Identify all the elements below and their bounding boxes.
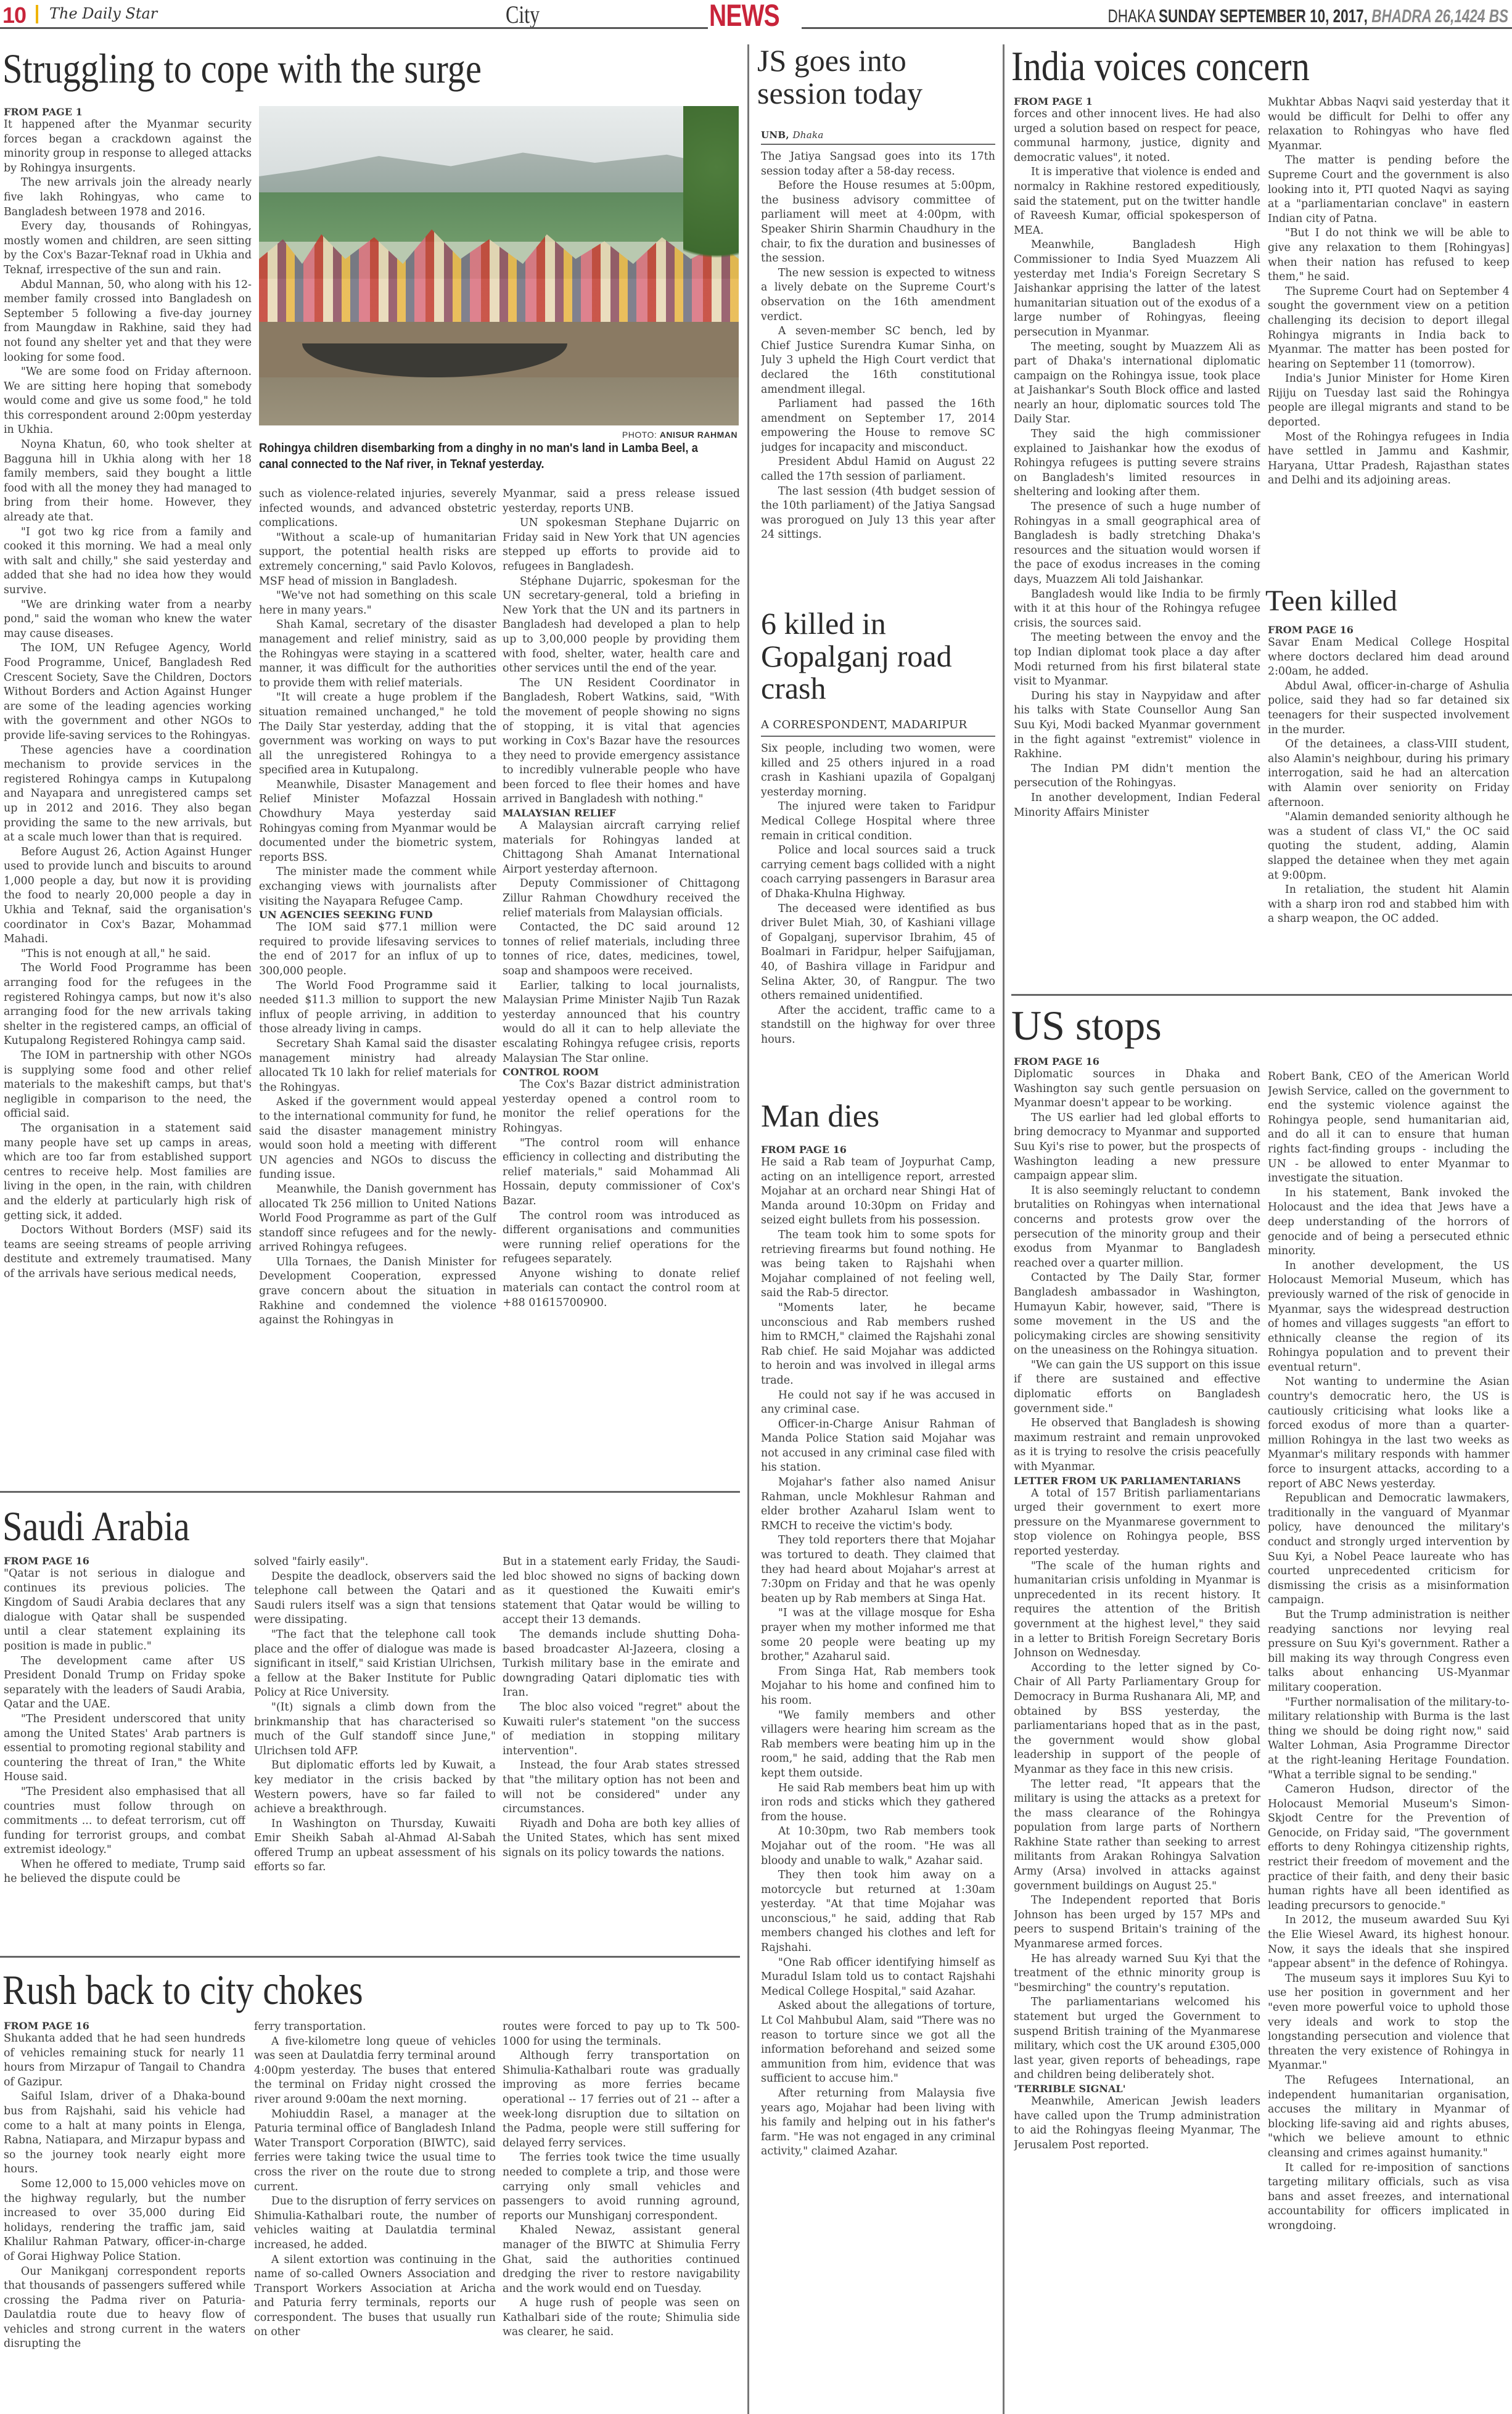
paragraph: Some 12,000 to 15,000 vehicles move on t… [4, 2177, 245, 2265]
paragraph: Bangladesh would like India to be firmly… [1014, 588, 1260, 631]
headline-road-crash: 6 killed in Gopalganj road crash [761, 607, 995, 705]
paragraph: In his statement, Bank invoked the Holoc… [1268, 1186, 1510, 1259]
subhead: UN AGENCIES SEEKING FUND [259, 909, 496, 921]
article-india-col2: Mukhtar Abbas Naqvi said yesterday that … [1268, 96, 1510, 552]
paragraph: Earlier, talking to local journalists, M… [503, 979, 740, 1067]
headline-us-stops: US stops [1011, 1004, 1162, 1048]
section-divider [0, 1956, 740, 1958]
paragraph: It is imperative that violence is ended … [1014, 165, 1260, 238]
paragraph: Abdul Awal, officer-in-charge of Ashulia… [1268, 679, 1510, 737]
paragraph: The matter is pending before the Supreme… [1268, 154, 1510, 226]
paragraph: "Without a scale-up of humanitarian supp… [259, 531, 496, 589]
paragraph: Doctors Without Borders (MSF) said its t… [4, 1223, 252, 1281]
paragraph: The injured were taken to Faridpur Medic… [761, 800, 995, 844]
paragraph: The minister made the comment while exch… [259, 865, 496, 909]
paragraph: The last session (4th budget session of … [761, 485, 995, 543]
paragraph: Asked if the government would appeal to … [259, 1095, 496, 1183]
paragraph: "Alamin demanded seniority although he w… [1268, 810, 1510, 883]
paragraph: In 2012, the museum awarded Suu Kyi the … [1268, 1913, 1510, 1971]
kicker: FROM PAGE 16 [4, 2020, 245, 2032]
section-label: City [506, 0, 540, 29]
paragraph: A huge rush of people was seen on Kathal… [503, 2296, 740, 2340]
paragraph: The IOM in partnership with other NGOs i… [4, 1049, 252, 1122]
paragraph: They told reporters there that Mojahar w… [761, 1533, 995, 1606]
paragraph: The IOM, UN Refugee Agency, World Food P… [4, 641, 252, 743]
paragraph: The Indian PM didn't mention the persecu… [1014, 762, 1260, 791]
paragraph: The US earlier had led global efforts to… [1014, 1111, 1260, 1184]
dateline: DHAKA SUNDAY SEPTEMBER 10, 2017, BHADRA … [1108, 6, 1508, 27]
paragraph: The Cox's Bazar district administration … [503, 1078, 740, 1136]
paragraph: They then took him away on a motorcycle … [761, 1868, 995, 1956]
kicker: FROM PAGE 1 [4, 106, 252, 118]
masthead-rule-right [802, 27, 1512, 29]
paragraph: The parliamentarians welcomed his statem… [1014, 1995, 1260, 2083]
paragraph: After the accident, traffic came to a st… [761, 1004, 995, 1048]
paragraph: Meanwhile, the Danish government has all… [259, 1183, 496, 1255]
paragraph: Contacted by The Daily Star, former Bang… [1014, 1271, 1260, 1358]
paragraph: Contacted, the DC said around 12 tonnes … [503, 921, 740, 979]
paragraph: "But I do not think we will be able to g… [1268, 226, 1510, 284]
paragraph: The control room was introduced as diffe… [503, 1209, 740, 1267]
headline-teen-killed: Teen killed [1265, 586, 1397, 617]
paragraph: "I got two kg rice from a family and coo… [4, 525, 252, 598]
paragraph: "Qatar is not serious in dialogue and co… [4, 1567, 245, 1654]
headline-rush-back: Rush back to city chokes [2, 1968, 363, 2012]
kicker: FROM PAGE 16 [1014, 1056, 1260, 1067]
paragraph: "The President also emphasised that all … [4, 1785, 245, 1858]
article-surge-col3: Myanmar, said a press release issued yes… [503, 487, 740, 1468]
paragraph: Six people, including two women, were ki… [761, 742, 995, 800]
paragraph: "I was at the village mosque for Esha pr… [761, 1606, 995, 1664]
paragraph: A seven-member SC bench, led by Chief Ju… [761, 324, 995, 397]
paragraph: In another development, Indian Federal M… [1014, 791, 1260, 820]
column-divider [747, 44, 749, 2414]
paragraph: solved "fairly easily". [254, 1555, 496, 1570]
paragraph: "Further normalisation of the military-t… [1268, 1696, 1510, 1783]
paragraph: The Supreme Court had on September 4 sou… [1268, 285, 1510, 372]
newspaper-logo: The Daily Star [49, 5, 157, 22]
paragraph: But in a statement early Friday, the Sau… [503, 1555, 740, 1628]
paragraph: The IOM said $77.1 million were required… [259, 921, 496, 979]
paragraph: It called for re-imposition of sanctions… [1268, 2161, 1510, 2234]
kicker: FROM PAGE 16 [761, 1144, 995, 1156]
paragraph: The presence of such a huge number of Ro… [1014, 500, 1260, 588]
paragraph: The team took him to some spots for retr… [761, 1228, 995, 1301]
paragraph: In Washington on Thursday, Kuwaiti Emir … [254, 1817, 496, 1875]
paragraph: Most of the Rohingya refugees in India h… [1268, 430, 1510, 488]
paragraph: The World Food Programme has been arrang… [4, 961, 252, 1049]
paragraph: Mukhtar Abbas Naqvi said yesterday that … [1268, 96, 1510, 154]
headline-js-session: JS goes into session today [757, 44, 992, 109]
headline-india: India voices concern [1011, 44, 1310, 88]
paragraph: A total of 157 British parliamentarians … [1014, 1487, 1260, 1559]
kicker: FROM PAGE 16 [4, 1555, 245, 1567]
paragraph: Myanmar, said a press release issued yes… [503, 487, 740, 516]
paragraph: Secretary Shah Kamal said the disaster m… [259, 1037, 496, 1095]
subhead: MALAYSIAN RELIEF [503, 807, 740, 819]
section-divider [1011, 994, 1512, 996]
paragraph: But the Trump administration is neither … [1268, 1608, 1510, 1696]
paragraph: "(It) signals a climb down from the brin… [254, 1701, 496, 1759]
paragraph: The meeting, sought by Muazzem Ali as pa… [1014, 340, 1260, 428]
paragraph: Mojahar's father also named Anisur Rahma… [761, 1476, 995, 1533]
paragraph: Ulla Tornaes, the Danish Minister for De… [259, 1255, 496, 1328]
paragraph: From Singa Hat, Rab members took Mojahar… [761, 1665, 995, 1709]
article-man-dies-body: FROM PAGE 16 He said a Rab team of Joypu… [761, 1144, 995, 2411]
headline-man-dies: Man dies [761, 1100, 879, 1134]
paragraph: He has already warned Suu Kyi that the t… [1014, 1952, 1260, 1996]
byline-rule [761, 144, 995, 145]
paragraph: "We are some food on Friday afternoon. W… [4, 365, 252, 438]
article-rush-col1: FROM PAGE 16 Shukanta added that he had … [4, 2020, 245, 2414]
paragraph: Shah Kamal, secretary of the disaster ma… [259, 618, 496, 691]
paragraph: "One Rab officer identifying himself as … [761, 1956, 995, 2000]
paragraph: Every day, thousands of Rohingyas, mostl… [4, 220, 252, 277]
paragraph: At 10:30pm, two Rab members took Mojahar… [761, 1825, 995, 1868]
paragraph: "The scale of the human rights and human… [1014, 1559, 1260, 1661]
paragraph: The demands include shutting Doha-based … [503, 1628, 740, 1701]
paragraph: "We can gain the US support on this issu… [1014, 1358, 1260, 1416]
paragraph: The Refugees International, an independe… [1268, 2074, 1510, 2161]
paragraph: Khaled Newaz, assistant general manager … [503, 2223, 740, 2296]
article-teen-killed-body: FROM PAGE 16 Savar Enam Medical College … [1268, 624, 1510, 969]
masthead: 10 The Daily Star City NEWS DHAKA SUNDAY… [0, 0, 1512, 30]
paragraph: "The control room will enhance efficienc… [503, 1136, 740, 1209]
paragraph: Meanwhile, American Jewish leaders have … [1014, 2095, 1260, 2153]
paragraph: The Independent reported that Boris John… [1014, 1894, 1260, 1952]
paragraph: Due to the disruption of ferry services … [254, 2194, 496, 2252]
paragraph: A Malaysian aircraft carrying relief mat… [503, 819, 740, 877]
paragraph: Instead, the four Arab states stressed t… [503, 1759, 740, 1817]
paragraph: Riyadh and Doha are both key allies of t… [503, 1817, 740, 1861]
paragraph: The meeting between the envoy and the to… [1014, 631, 1260, 689]
category-label: NEWS [709, 0, 779, 33]
article-india-col1: FROM PAGE 1 forces and other innocent li… [1014, 96, 1260, 971]
paragraph: "This is not enough at all," he said. [4, 947, 252, 962]
article-surge-col2: such as violence-related injuries, sever… [259, 487, 496, 1468]
paragraph: Although ferry transportation on Shimuli… [503, 2049, 740, 2151]
paragraph: Shukanta added that he had seen hundreds… [4, 2032, 245, 2090]
paragraph: "We are drinking water from a nearby pon… [4, 598, 252, 642]
paragraph: The letter read, "It appears that the mi… [1014, 1778, 1260, 1894]
paragraph: Before August 26, Action Against Hunger … [4, 845, 252, 947]
paragraph: The ferries took twice the time usually … [503, 2151, 740, 2223]
article-us-stops-col2: Robert Bank, CEO of the American World J… [1268, 1070, 1510, 2413]
paragraph: Officer-in-Charge Anisur Rahman of Manda… [761, 1418, 995, 1476]
paragraph: Stéphane Dujarric, spokesman for the UN … [503, 575, 740, 676]
paragraph: Anyone wishing to donate relief material… [503, 1267, 740, 1311]
masthead-rule-left [0, 27, 708, 29]
section-divider [0, 1491, 740, 1493]
page-number-divider [36, 5, 38, 23]
subhead: 'TERRIBLE SIGNAL' [1014, 2083, 1260, 2095]
subhead: CONTROL ROOM [503, 1066, 740, 1078]
headline-surge: Struggling to cope with the surge [2, 47, 482, 91]
paragraph: The UN Resident Coordinator in Banglades… [503, 676, 740, 807]
photo-caption: Rohingya children disembarking from a di… [259, 440, 701, 472]
paragraph: Noyna Khatun, 60, who took shelter at Ba… [4, 438, 252, 525]
paragraph: In another development, the US Holocaust… [1268, 1259, 1510, 1376]
paragraph: The development came after US President … [4, 1654, 245, 1712]
paragraph: A silent extortion was continuing in the… [254, 2253, 496, 2341]
page-number: 10 [2, 2, 26, 28]
paragraph: Meanwhile, Bangladesh High Commissioner … [1014, 238, 1260, 340]
article-saudi-col1: FROM PAGE 16 "Qatar is not serious in di… [4, 1555, 245, 1950]
paragraph: forces and other innocent lives. He had … [1014, 107, 1260, 165]
article-rush-col2: ferry transportation.A five-kilometre lo… [254, 2020, 496, 2414]
paragraph: "The President underscored that unity am… [4, 1712, 245, 1785]
paragraph: President Abdul Hamid on August 22 calle… [761, 455, 995, 484]
subhead: LETTER FROM UK PARLIAMENTARIANS [1014, 1475, 1260, 1487]
article-surge-col1: FROM PAGE 1 It happened after the Myanma… [4, 106, 252, 1466]
kicker: FROM PAGE 1 [1014, 96, 1260, 107]
paragraph: Abdul Mannan, 50, who along with his 12-… [4, 278, 252, 366]
paragraph: Deputy Commissioner of Chittagong Zillur… [503, 877, 740, 921]
photo-credit: PHOTO: ANISUR RAHMAN [536, 430, 738, 440]
paragraph: After returning from Malaysia five years… [761, 2087, 995, 2159]
article-saudi-col2: solved "fairly easily".Despite the deadl… [254, 1555, 496, 1950]
paragraph: He observed that Bangladesh is showing m… [1014, 1416, 1260, 1474]
paragraph: The bloc also voiced "regret" about the … [503, 1701, 740, 1759]
paragraph: He said a Rab team of Joypurhat Camp, ac… [761, 1156, 995, 1228]
paragraph: Republican and Democratic lawmakers, tra… [1268, 1492, 1510, 1608]
paragraph: The Jatiya Sangsad goes into its 17th se… [761, 150, 995, 179]
article-js-session-body: The Jatiya Sangsad goes into its 17th se… [761, 150, 995, 594]
paragraph: "It will create a huge problem if the si… [259, 691, 496, 778]
kicker: FROM PAGE 16 [1268, 624, 1510, 636]
paragraph: The new session is expected to witness a… [761, 266, 995, 324]
paragraph: The museum says it implores Suu Kyi to u… [1268, 1972, 1510, 2074]
paragraph: Our Manikganj correspondent reports that… [4, 2265, 245, 2352]
paragraph: It is also seemingly reluctant to condem… [1014, 1184, 1260, 1271]
paragraph: Robert Bank, CEO of the American World J… [1268, 1070, 1510, 1186]
paragraph: such as violence-related injuries, sever… [259, 487, 496, 531]
byline-js-session: UNB, Dhaka [761, 129, 824, 141]
paragraph: Mohiuddin Rasel, a manager at the Paturi… [254, 2108, 496, 2195]
paragraph: ferry transportation. [254, 2020, 496, 2035]
paragraph: But diplomatic efforts led by Kuwait, a … [254, 1759, 496, 1817]
paragraph: Diplomatic sources in Dhaka and Washingt… [1014, 1067, 1260, 1111]
article-rush-col3: routes were forced to pay up to Tk 500-1… [503, 2020, 740, 2414]
article-photo-rohingya-dinghy [259, 106, 739, 425]
paragraph: They said the high commissioner explaine… [1014, 427, 1260, 500]
paragraph: According to the letter signed by Co-Cha… [1014, 1661, 1260, 1778]
paragraph: Before the House resumes at 5:00pm, the … [761, 179, 995, 266]
paragraph: The new arrivals join the already nearly… [4, 176, 252, 220]
paragraph: It happened after the Myanmar security f… [4, 118, 252, 176]
paragraph: Savar Enam Medical College Hospital wher… [1268, 636, 1510, 679]
byline-road-crash: A CORRESPONDENT, MADARIPUR [761, 718, 967, 731]
paragraph: He could not say if he was accused in an… [761, 1389, 995, 1418]
paragraph: "We've not had something on this scale h… [259, 589, 496, 618]
paragraph: He said Rab members beat him up with iro… [761, 1781, 995, 1825]
paragraph: When he offered to mediate, Trump said h… [4, 1858, 245, 1887]
paragraph: Meanwhile, Disaster Management and Relie… [259, 778, 496, 866]
paragraph: The World Food Programme said it needed … [259, 979, 496, 1037]
paragraph: Of the detainees, a class-VIII student, … [1268, 737, 1510, 810]
paragraph: Parliament had passed the 16th amendment… [761, 397, 995, 455]
column-divider [1003, 44, 1005, 2414]
paragraph: These agencies have a coordination mecha… [4, 744, 252, 845]
paragraph: Cameron Hudson, director of the Holocaus… [1268, 1783, 1510, 1913]
paragraph: India's Junior Minister for Home Kiren R… [1268, 372, 1510, 430]
headline-saudi-arabia: Saudi Arabia [2, 1505, 190, 1548]
article-saudi-col3: But in a statement early Friday, the Sau… [503, 1555, 740, 1950]
paragraph: Not wanting to undermine the Asian count… [1268, 1375, 1510, 1492]
paragraph: In retaliation, the student hit Alamin w… [1268, 883, 1510, 927]
article-road-crash-body: Six people, including two women, were ki… [761, 742, 995, 1075]
paragraph: A five-kilometre long queue of vehicles … [254, 2035, 496, 2108]
paragraph: Saiful Islam, driver of a Dhaka-bound bu… [4, 2090, 245, 2177]
paragraph: "We family members and other villagers w… [761, 1709, 995, 1781]
paragraph: The deceased were identified as bus driv… [761, 902, 995, 1004]
paragraph: UN spokesman Stephane Dujarric on Friday… [503, 516, 740, 574]
paragraph: Asked about the allegations of torture, … [761, 1999, 995, 2087]
paragraph: routes were forced to pay up to Tk 500-1… [503, 2020, 740, 2049]
byline-rule [761, 736, 995, 737]
paragraph: The organisation in a statement said man… [4, 1122, 252, 1223]
paragraph: Police and local sources said a truck ca… [761, 844, 995, 901]
paragraph: "The fact that the telephone call took p… [254, 1628, 496, 1701]
paragraph: "Moments later, he became unconscious an… [761, 1301, 995, 1389]
paragraph: Despite the deadlock, observers said the… [254, 1570, 496, 1628]
paragraph: During his stay in Naypyidaw and after h… [1014, 689, 1260, 762]
article-us-stops-col1: FROM PAGE 16 Diplomatic sources in Dhaka… [1014, 1056, 1260, 2412]
